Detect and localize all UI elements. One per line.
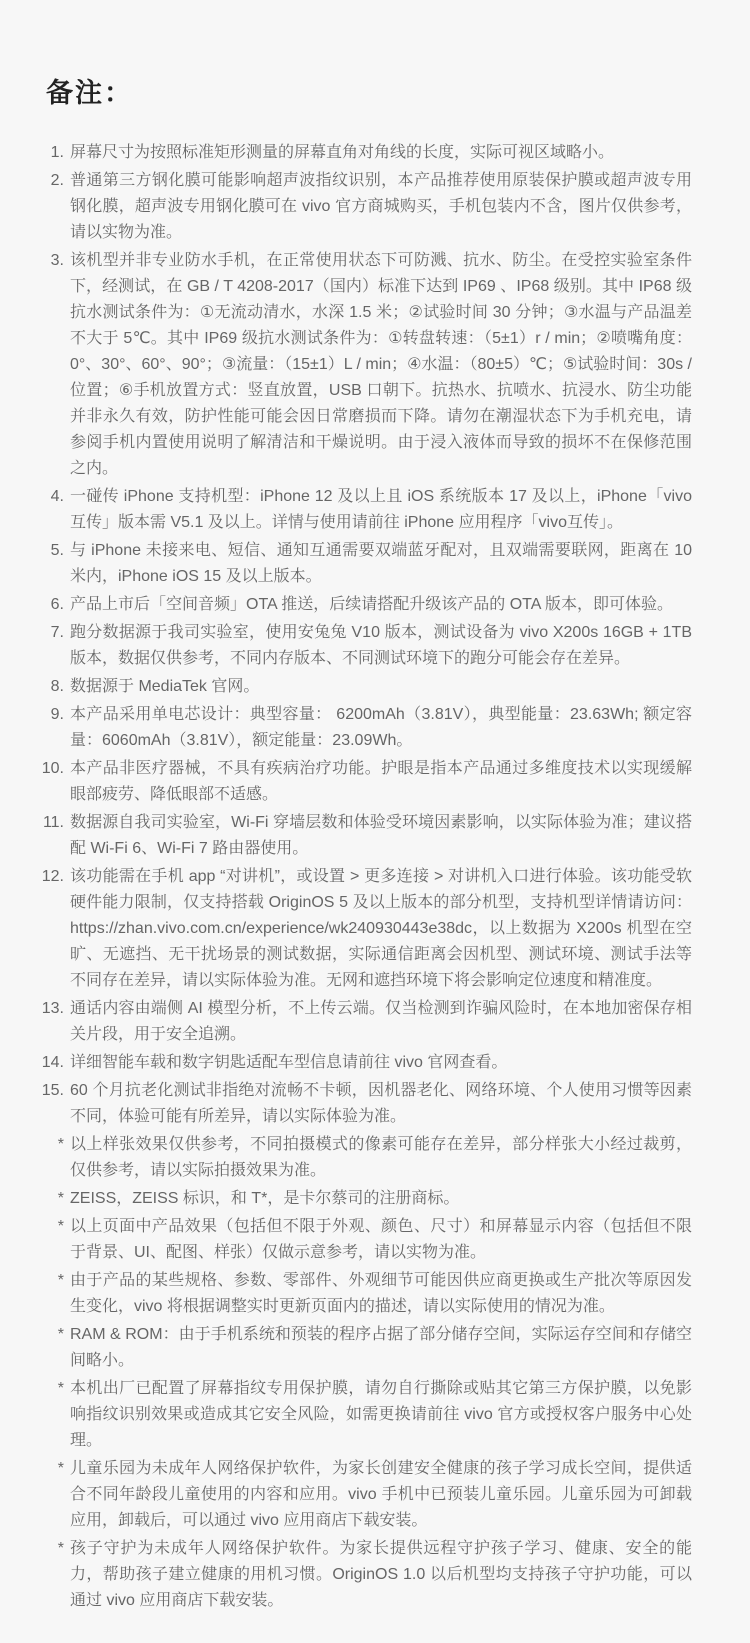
asterisk-marker: * [36, 1536, 70, 1614]
footnote-text: 孩子守护为未成年人网络保护软件。为家长提供远程守护孩子学习、健康、安全的能力，帮… [70, 1536, 692, 1614]
footnote-item: * 孩子守护为未成年人网络保护软件。为家长提供远程守护孩子学习、健康、安全的能力… [36, 1536, 692, 1614]
note-text: 一碰传 iPhone 支持机型：iPhone 12 及以上且 iOS 系统版本 … [70, 484, 692, 536]
note-item: 3. 该机型并非专业防水手机，在正常使用状态下可防溅、抗水、防尘。在受控实验室条… [36, 248, 692, 482]
note-text: 跑分数据源于我司实验室，使用安兔兔 V10 版本，测试设备为 vivo X200… [70, 620, 692, 672]
note-item: 7. 跑分数据源于我司实验室，使用安兔兔 V10 版本，测试设备为 vivo X… [36, 620, 692, 672]
note-item: 12. 该功能需在手机 app “对讲机”，或设置 > 更多连接 > 对讲机入口… [36, 864, 692, 994]
footnote-item: * RAM & ROM：由于手机系统和预装的程序占据了部分储存空间，实际运存空间… [36, 1322, 692, 1374]
note-text: 屏幕尺寸为按照标准矩形测量的屏幕直角对角线的长度，实际可视区域略小。 [70, 140, 692, 166]
note-item: 14. 详细智能车载和数字钥匙适配车型信息请前往 vivo 官网查看。 [36, 1050, 692, 1076]
section-title: 备注： [46, 76, 692, 110]
footnote-item: * ZEISS，ZEISS 标识，和 T*，是卡尔蔡司的注册商标。 [36, 1186, 692, 1212]
note-text: 与 iPhone 未接来电、短信、通知互通需要双端蓝牙配对，且双端需要联网，距离… [70, 538, 692, 590]
note-item: 1. 屏幕尺寸为按照标准矩形测量的屏幕直角对角线的长度，实际可视区域略小。 [36, 140, 692, 166]
footnote-item: * 以上页面中产品效果（包括但不限于外观、颜色、尺寸）和屏幕显示内容（包括但不限… [36, 1214, 692, 1266]
note-text: 数据源于 MediaTek 官网。 [70, 674, 692, 700]
footnote-text: 儿童乐园为未成年人网络保护软件，为家长创建安全健康的孩子学习成长空间，提供适合不… [70, 1456, 692, 1534]
note-text: 本产品非医疗器械，不具有疾病治疗功能。护眼是指本产品通过多维度技术以实现缓解眼部… [70, 756, 692, 808]
note-item: 6. 产品上市后「空间音频」OTA 推送，后续请搭配升级该产品的 OTA 版本，… [36, 592, 692, 618]
asterisk-marker: * [36, 1376, 70, 1454]
note-item: 5. 与 iPhone 未接来电、短信、通知互通需要双端蓝牙配对，且双端需要联网… [36, 538, 692, 590]
note-number: 11. [36, 810, 70, 862]
footnote-item: * 以上样张效果仅供参考，不同拍摄模式的像素可能存在差异，部分样张大小经过裁剪，… [36, 1132, 692, 1184]
footnote-item: * 本机出厂已配置了屏幕指纹专用保护膜，请勿自行撕除或贴其它第三方保护膜，以免影… [36, 1376, 692, 1454]
asterisk-marker: * [36, 1186, 70, 1212]
note-item: 10. 本产品非医疗器械，不具有疾病治疗功能。护眼是指本产品通过多维度技术以实现… [36, 756, 692, 808]
footnote-text: 以上样张效果仅供参考，不同拍摄模式的像素可能存在差异，部分样张大小经过裁剪，仅供… [70, 1132, 692, 1184]
numbered-notes-list: 1. 屏幕尺寸为按照标准矩形测量的屏幕直角对角线的长度，实际可视区域略小。 2.… [36, 140, 692, 1130]
note-text: 数据源自我司实验室，Wi-Fi 穿墙层数和体验受环境因素影响，以实际体验为准；建… [70, 810, 692, 862]
note-number: 5. [36, 538, 70, 590]
footnote-text: 以上页面中产品效果（包括但不限于外观、颜色、尺寸）和屏幕显示内容（包括但不限于背… [70, 1214, 692, 1266]
note-item: 11. 数据源自我司实验室，Wi-Fi 穿墙层数和体验受环境因素影响，以实际体验… [36, 810, 692, 862]
note-number: 12. [36, 864, 70, 994]
note-number: 13. [36, 996, 70, 1048]
note-text: 本产品采用单电芯设计：典型容量： 6200mAh（3.81V），典型能量：23.… [70, 702, 692, 754]
notes-section: 备注： 1. 屏幕尺寸为按照标准矩形测量的屏幕直角对角线的长度，实际可视区域略小… [0, 0, 750, 1643]
note-number: 9. [36, 702, 70, 754]
note-number: 3. [36, 248, 70, 482]
footnote-text: 本机出厂已配置了屏幕指纹专用保护膜，请勿自行撕除或贴其它第三方保护膜，以免影响指… [70, 1376, 692, 1454]
footnote-text: RAM & ROM：由于手机系统和预装的程序占据了部分储存空间，实际运存空间和存… [70, 1322, 692, 1374]
note-text: 该功能需在手机 app “对讲机”，或设置 > 更多连接 > 对讲机入口进行体验… [70, 864, 692, 994]
note-number: 6. [36, 592, 70, 618]
footnote-item: * 儿童乐园为未成年人网络保护软件，为家长创建安全健康的孩子学习成长空间，提供适… [36, 1456, 692, 1534]
note-number: 10. [36, 756, 70, 808]
note-number: 2. [36, 168, 70, 246]
note-text: 普通第三方钢化膜可能影响超声波指纹识别，本产品推荐使用原装保护膜或超声波专用钢化… [70, 168, 692, 246]
note-item: 15. 60 个月抗老化测试非指绝对流畅不卡顿，因机器老化、网络环境、个人使用习… [36, 1078, 692, 1130]
asterisk-marker: * [36, 1132, 70, 1184]
note-number: 8. [36, 674, 70, 700]
note-item: 2. 普通第三方钢化膜可能影响超声波指纹识别，本产品推荐使用原装保护膜或超声波专… [36, 168, 692, 246]
note-text: 产品上市后「空间音频」OTA 推送，后续请搭配升级该产品的 OTA 版本，即可体… [70, 592, 692, 618]
note-item: 8. 数据源于 MediaTek 官网。 [36, 674, 692, 700]
note-item: 9. 本产品采用单电芯设计：典型容量： 6200mAh（3.81V），典型能量：… [36, 702, 692, 754]
note-text: 60 个月抗老化测试非指绝对流畅不卡顿，因机器老化、网络环境、个人使用习惯等因素… [70, 1078, 692, 1130]
note-number: 1. [36, 140, 70, 166]
asterisk-marker: * [36, 1268, 70, 1320]
footnote-text: ZEISS，ZEISS 标识，和 T*，是卡尔蔡司的注册商标。 [70, 1186, 692, 1212]
asterisk-marker: * [36, 1456, 70, 1534]
asterisk-notes-list: * 以上样张效果仅供参考，不同拍摄模式的像素可能存在差异，部分样张大小经过裁剪，… [36, 1132, 692, 1614]
footnote-item: * 由于产品的某些规格、参数、零部件、外观细节可能因供应商更换或生产批次等原因发… [36, 1268, 692, 1320]
note-item: 4. 一碰传 iPhone 支持机型：iPhone 12 及以上且 iOS 系统… [36, 484, 692, 536]
note-number: 15. [36, 1078, 70, 1130]
footnote-text: 由于产品的某些规格、参数、零部件、外观细节可能因供应商更换或生产批次等原因发生变… [70, 1268, 692, 1320]
note-text: 该机型并非专业防水手机，在正常使用状态下可防溅、抗水、防尘。在受控实验室条件下，… [70, 248, 692, 482]
note-text: 详细智能车载和数字钥匙适配车型信息请前往 vivo 官网查看。 [70, 1050, 692, 1076]
note-number: 4. [36, 484, 70, 536]
asterisk-marker: * [36, 1322, 70, 1374]
note-item: 13. 通话内容由端侧 AI 模型分析，不上传云端。仅当检测到诈骗风险时，在本地… [36, 996, 692, 1048]
note-number: 14. [36, 1050, 70, 1076]
asterisk-marker: * [36, 1214, 70, 1266]
note-number: 7. [36, 620, 70, 672]
note-text: 通话内容由端侧 AI 模型分析，不上传云端。仅当检测到诈骗风险时，在本地加密保存… [70, 996, 692, 1048]
